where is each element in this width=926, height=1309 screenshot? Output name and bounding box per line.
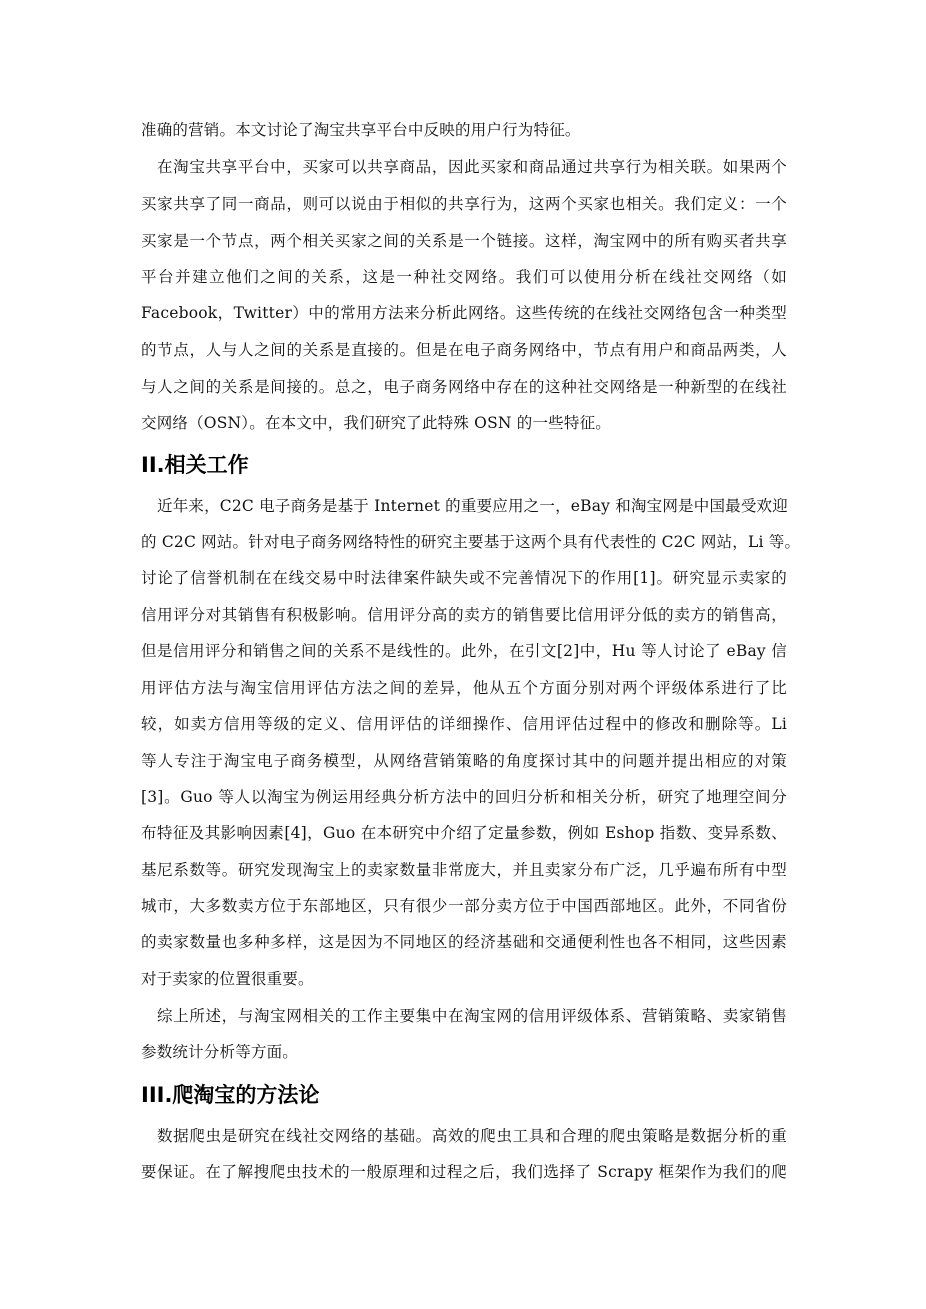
text-line: 数据爬虫是研究在线社交网络的基础。高效的爬虫工具和合理的爬虫策略是数据分析的重 <box>141 1126 787 1146</box>
text-line: 用评估方法与淘宝信用评估方法之间的差异，他从五个方面分别对两个评级体系进行了比 <box>141 678 787 698</box>
text-line: 买家是一个节点，两个相关买家之间的关系是一个链接。这样，淘宝网中的所有购买者共享 <box>141 231 787 251</box>
text-line: 参数统计分析等方面。 <box>141 1042 787 1062</box>
text-line: 近年来，C2C 电子商务是基于 Internet 的重要应用之一，eBay 和淘… <box>141 496 787 516</box>
text-line: [3]。Guo 等人以淘宝为例运用经典分析方法中的回归分析和相关分析，研究了地理… <box>141 787 787 807</box>
text-line: 综上所述，与淘宝网相关的工作主要集中在淘宝网的信用评级体系、营销策略、卖家销售 <box>141 1006 787 1026</box>
text-line: 的卖家数量也多种多样，这是因为不同地区的经济基础和交通便利性也各不相同，这些因素 <box>141 932 787 952</box>
text-line: 买家共享了同一商品，则可以说由于相似的共享行为，这两个买家也相关。我们定义：一个 <box>141 194 787 214</box>
text-line: 布特征及其影响因素[4]，Guo 在本研究中介绍了定量参数，例如 Eshop 指… <box>141 823 787 843</box>
text-line: 但是信用评分和销售之间的关系不是线性的。此外，在引文[2]中，Hu 等人讨论了 … <box>141 641 787 661</box>
text-line: 要保证。在了解搜爬虫技术的一般原理和过程之后，我们选择了 Scrapy 框架作为… <box>141 1162 787 1182</box>
text-line: 的节点，人与人之间的关系是直接的。但是在电子商务网络中，节点有用户和商品两类，人 <box>141 340 787 360</box>
section-heading-related-work: II.相关工作 <box>141 452 249 478</box>
text-line: 基尼系数等。研究发现淘宝上的卖家数量非常庞大，并且卖家分布广泛，几乎遍布所有中型 <box>141 860 787 880</box>
section-heading-methodology: III.爬淘宝的方法论 <box>141 1082 319 1108</box>
text-line: 城市，大多数卖方位于东部地区，只有很少一部分卖方位于中国西部地区。此外，不同省份 <box>141 896 787 916</box>
text-line: 在淘宝共享平台中，买家可以共享商品，因此买家和商品通过共享行为相关联。如果两个 <box>141 157 787 177</box>
text-line: 交网络（OSN）。在本文中，我们研究了此特殊 OSN 的一些特征。 <box>141 413 787 433</box>
text-line: 对于卖家的位置很重要。 <box>141 969 787 989</box>
text-line: 的 C2C 网站。针对电子商务网络特性的研究主要基于这两个具有代表性的 C2C … <box>141 532 787 552</box>
text-line: 与人之间的关系是间接的。总之，电子商务网络中存在的这种社交网络是一种新型的在线社 <box>141 377 787 397</box>
text-line: 讨论了信誉机制在在线交易中时法律案件缺失或不完善情况下的作用[1]。研究显示卖家… <box>141 568 787 588</box>
text-line: Facebook，Twitter）中的常用方法来分析此网络。这些传统的在线社交网… <box>141 303 787 323</box>
text-line: 信用评分对其销售有积极影响。信用评分高的卖方的销售要比信用评分低的卖方的销售高， <box>141 605 787 625</box>
text-line: 等人专注于淘宝电子商务模型，从网络营销策略的角度探讨其中的问题并提出相应的对策 <box>141 751 787 771</box>
text-line: 较，如卖方信用等级的定义、信用评估的详细操作、信用评估过程中的修改和删除等。Li <box>141 714 787 734</box>
text-line: 准确的营销。本文讨论了淘宝共享平台中反映的用户行为特征。 <box>141 120 787 140</box>
text-line: 平台并建立他们之间的关系，这是一种社交网络。我们可以使用分析在线社交网络（如 <box>141 267 787 287</box>
